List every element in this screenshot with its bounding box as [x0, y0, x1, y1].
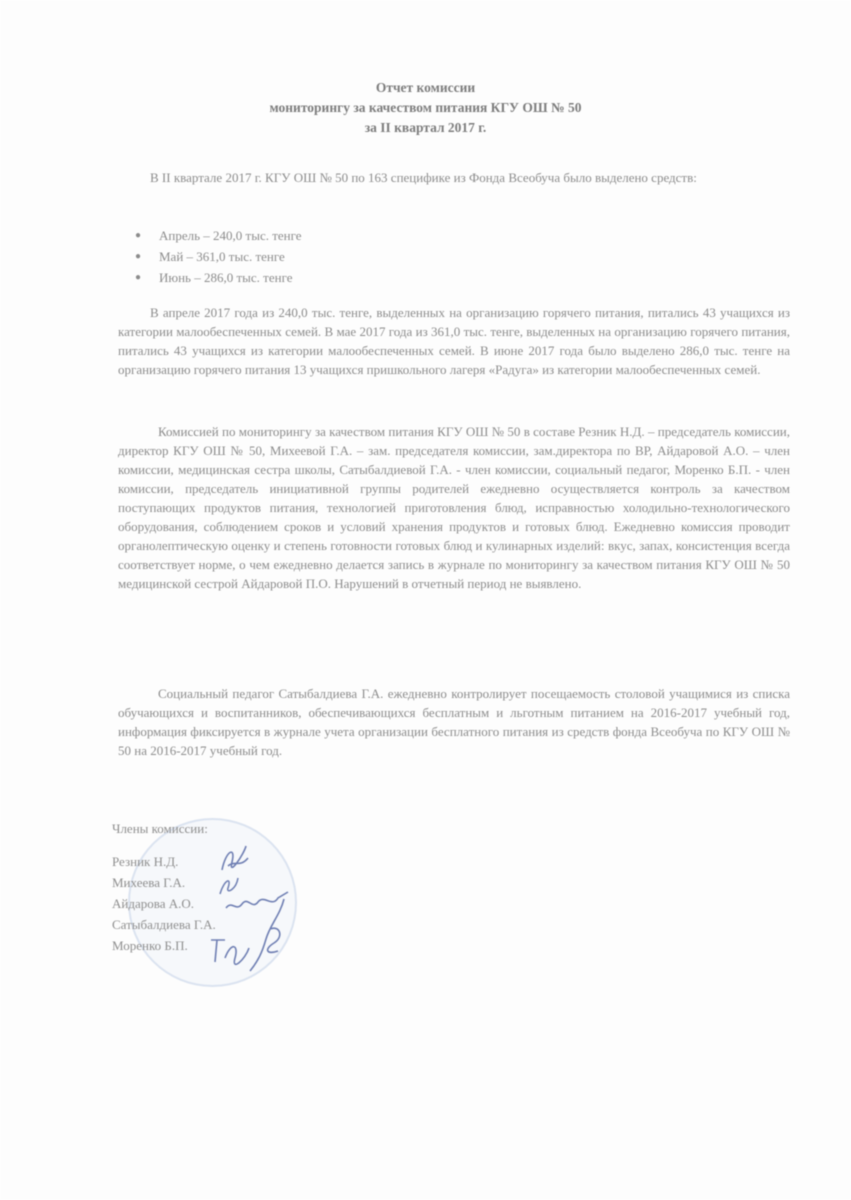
- member-name: Резник Н.Д.: [112, 851, 216, 872]
- bullet-icon: ●: [135, 225, 159, 246]
- members-heading: Члены комиссии:: [112, 818, 216, 839]
- member-name: Сатыбалдиева Г.А.: [112, 914, 216, 935]
- title-line-2: мониторингу за качеством питания КГУ ОШ …: [0, 98, 851, 118]
- title-line-1: Отчет комиссии: [0, 78, 851, 98]
- member-name: Айдарова А.О.: [112, 893, 216, 914]
- funding-list: ● Апрель – 240,0 тыс. тенге ● Май – 361,…: [135, 225, 302, 288]
- bullet-icon: ●: [135, 267, 159, 288]
- title-line-3: за II квартал 2017 г.: [0, 118, 851, 138]
- member-name: Михеева Г.А.: [112, 872, 216, 893]
- intro-paragraph: В II квартале 2017 г. КГУ ОШ № 50 по 163…: [118, 168, 790, 187]
- bullet-icon: ●: [135, 246, 159, 267]
- funding-usage-paragraph: В апреле 2017 года из 240,0 тыс. тенге, …: [118, 303, 790, 379]
- intro-text: В II квартале 2017 г. КГУ ОШ № 50 по 163…: [150, 170, 697, 185]
- list-item: ● Апрель – 240,0 тыс. тенге: [135, 225, 302, 246]
- signature-5: [205, 930, 255, 970]
- member-name: Моренко Б.П.: [112, 935, 216, 956]
- scanned-document-page: Отчет комиссии мониторингу за качеством …: [0, 0, 851, 1200]
- social-pedagogue-paragraph: Социальный педагог Сатыбалдиева Г.А. еже…: [118, 684, 790, 760]
- list-item: ● Июнь – 286,0 тыс. тенге: [135, 267, 302, 288]
- commission-paragraph: Комиссией по мониторингу за качеством пи…: [118, 422, 790, 593]
- list-item: ● Май – 361,0 тыс. тенге: [135, 246, 302, 267]
- document-title: Отчет комиссии мониторингу за качеством …: [0, 78, 851, 138]
- commission-members: Члены комиссии: Резник Н.Д. Михеева Г.А.…: [112, 818, 216, 956]
